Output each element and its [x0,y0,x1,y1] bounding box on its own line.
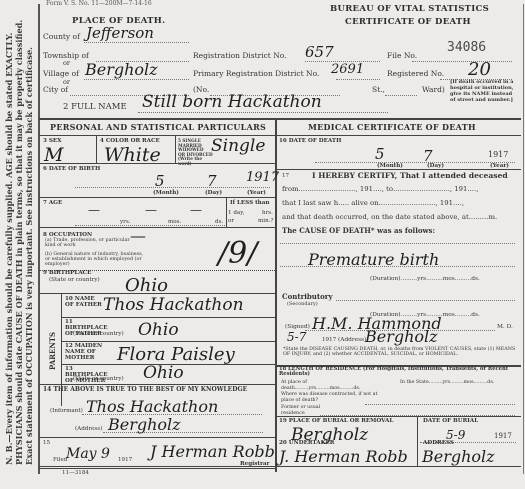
file-value: 34086 [447,40,486,55]
less-than-label: If LESS than [230,200,269,206]
county-label: County of [43,32,80,41]
mother-name-value: Flora Paisley [117,344,235,365]
age-label: 7 AGE [43,200,62,206]
signed-address-value: Bergholz [365,327,438,346]
dod-label: 16 DATE OF DEATH [279,138,341,144]
secondary-label: (Secondary) [287,301,318,307]
dob-year: 1917 [246,170,279,185]
village-label: Village of [43,69,79,78]
rule [39,197,275,198]
st-label: St., [372,85,385,94]
registered-value: 20 [468,59,491,80]
father-name-label: 10 NAME OF FATHER [65,296,105,308]
birthplace-sub: (State or country) [49,277,100,283]
occupation-a-label: (a) Trade, profession, or particular kin… [45,238,135,248]
dod-line [315,162,515,163]
birthplace-label: 9 BIRTHPLACE [43,270,91,276]
dod-year: 1917 [488,150,508,159]
signed-address-label: (Address) [338,337,366,343]
ward-label: Ward) [422,85,445,94]
informant-label: (Informant) [50,408,83,414]
occupation-b-label: (b) General nature of industry, business… [45,252,145,267]
marital-option: (Write the word) [178,156,202,166]
father-birthplace-sub: (State or country) [73,331,124,337]
rule [61,317,275,318]
file-label: File No. [387,51,417,60]
min-label: min.? [258,218,273,224]
contracted-label: Where was disease contracted, if not at … [281,392,391,404]
burial-label: 19 PLACE OF BURIAL OR REMOVAL [279,418,393,424]
form-code: 11—3184 [62,470,89,476]
from-line: from.........................., 191....,… [282,185,478,193]
rule [39,384,275,385]
village-line [84,79,189,80]
registrar-signature: J Herman Robb [150,442,275,461]
year-label: (Year) [247,190,266,196]
or-label-1: or [63,59,70,67]
burial-year: 1917 [494,432,512,440]
medical-section-title: MEDICAL CERTIFICATE OF DEATH [308,122,476,132]
county-line [84,42,189,43]
side-instructions: N. B.—Every item of information should b… [2,0,36,470]
personal-section-title: PERSONAL AND STATISTICAL PARTICULARS [50,122,266,132]
full-name-value: Still born Hackathon [142,92,322,112]
full-name-label: 2 FULL NAME [63,102,127,112]
last-saw-line: that I last saw h..... alive on.........… [282,199,464,207]
undertaker-value: J. Herman Robb [279,447,408,466]
file-line [412,61,512,62]
marital-value: Single [211,136,265,156]
full-name-line [138,112,388,113]
certificate-title: CERTIFICATE OF DEATH [345,17,471,27]
rule [39,163,275,164]
md-label: M. D. [497,324,513,330]
informant-address-value: Bergholz [108,415,181,434]
less-day-label: 1 day, [228,210,244,216]
contracted-line [365,404,515,405]
father-birthplace-value: Ohio [138,320,179,340]
header-rule [39,118,521,120]
death-certificate: Form V. S. No. 11—200M—7-14-16 N. B.—Eve… [0,0,525,489]
duration-line: (Duration).........yrs.........mos......… [370,276,480,282]
rule [39,227,275,228]
age-yrs: — [88,203,100,217]
burial-date-label: DATE OF BURIAL [423,418,478,424]
rule [226,197,227,227]
month-label: (Month) [153,190,179,196]
parents-label: PARENTS [50,332,56,370]
reg-district-value: 657 [305,43,334,61]
true-statement: 14 THE ABOVE IS TRUE TO THE BEST OF MY K… [43,387,247,393]
certify-text: I HEREBY CERTIFY, That I attended deceas… [312,171,508,180]
dod-month: 5 [375,145,385,163]
hospital-note: [If death occurred in a hospital or inst… [450,79,516,103]
dob-line [75,187,270,188]
undertaker-label: 20 UNDERTAKER [279,440,334,446]
rule [96,135,97,163]
residence-label: 18 LENGTH OF RESIDENCE (For Hospitals, I… [279,367,515,378]
or-label: or [228,218,234,224]
signed-date: 5-7 [287,330,306,344]
cause-footnote: *State the DISEASE CAUSING DEATH, or, in… [283,347,517,357]
mother-birthplace-value: Ohio [143,363,184,383]
age-line [75,225,225,226]
dob-label: 6 DATE OF BIRTH [43,166,100,172]
at-place-label: At place of death.........yrs.........mo… [281,380,379,392]
rule [276,466,521,467]
undertaker-address-label: ADDRESS [423,440,454,446]
father-name-value: Thos Hackathon [103,295,244,315]
ward-line [385,95,417,96]
certify-num: 17 [282,173,289,179]
rule [175,135,176,163]
informant-value: Thos Hackathon [86,397,218,416]
rule [39,437,275,438]
primary-district-label: Primary Registration District No. [193,69,319,78]
rule [417,416,418,466]
contributory-label: Contributory [282,292,333,301]
rule [276,135,521,136]
side-note-text: N. B.—Every item of information should b… [4,5,34,465]
bureau-title: BUREAU OF VITAL STATISTICS [330,4,489,14]
primary-district-line [336,79,380,80]
filed-value: May 9 [66,446,110,462]
rule [39,293,275,294]
filed-year: 1917 [118,457,132,463]
occurred-line: and that death occurred, on the date sta… [282,213,497,221]
cause-line-1 [280,243,515,244]
mother-name-label: 12 MAIDEN NAME OF MOTHER [65,343,115,361]
occupation-mark: /9/ [218,236,257,271]
village-value: Bergholz [85,60,158,79]
signed-year: 1917 [322,337,336,343]
reg-district-label: Registration District No. [193,51,287,60]
cause-line: The CAUSE OF DEATH* was as follows: [282,226,435,235]
age-ds: — [190,203,202,217]
cause-value: Premature birth [308,250,439,269]
registered-label: Registered No. [387,69,444,78]
rule [61,341,275,342]
informant-address-label: (Address) [75,426,102,432]
day-label: (Day) [205,190,222,196]
rule [39,466,275,469]
county-value: Jefferson [86,24,154,42]
dob-month: 5 [155,172,165,190]
undertaker-address-value: Bergholz [422,447,495,466]
filed-num: 15 [43,440,50,446]
occupation-value: — [130,226,146,245]
rule [276,169,521,170]
dob-day: 7 [207,172,217,190]
rule [276,416,521,417]
primary-district-value: 2691 [331,62,364,77]
age-mos: — [145,203,157,217]
contributory-line [336,300,515,301]
in-state-label: In the State.........yrs.........mos....… [400,380,518,386]
city-label: City of [43,85,68,94]
mother-birthplace-sub: (State or country) [73,376,124,382]
hrs-label: hrs. [262,210,273,216]
